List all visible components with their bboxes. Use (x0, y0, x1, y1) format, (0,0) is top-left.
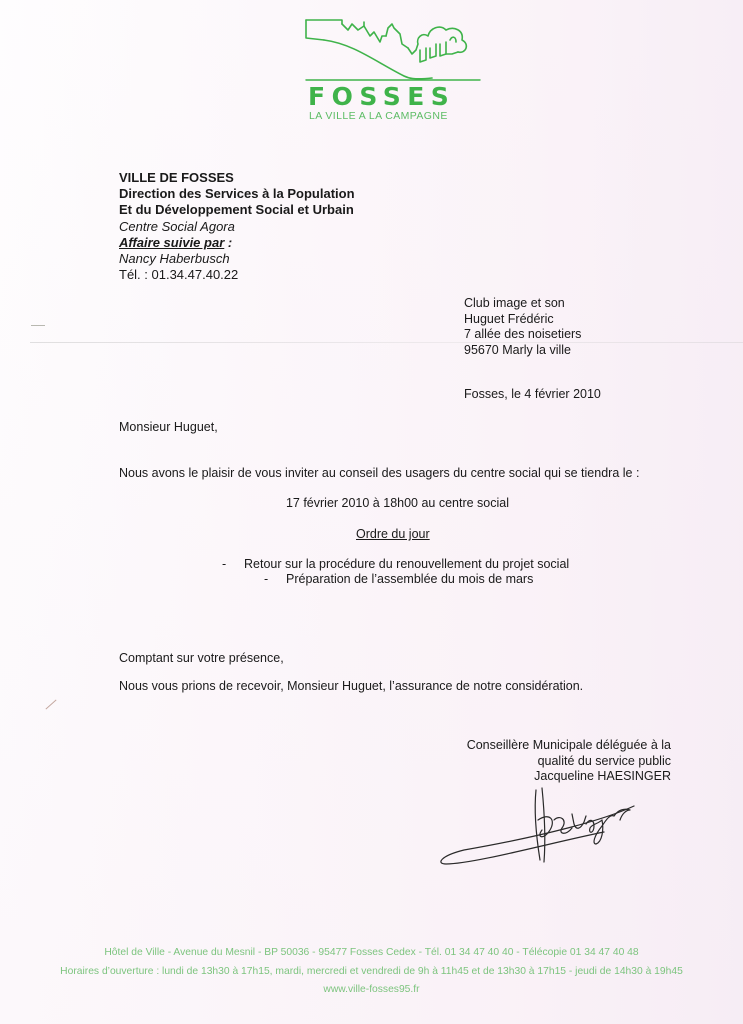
followed-by-text: Affaire suivie par (119, 235, 224, 250)
contact-phone: Tél. : 01.34.47.40.22 (119, 267, 355, 283)
contact-name: Nancy Haberbusch (119, 251, 355, 267)
footer-address: Hôtel de Ville - Avenue du Mesnil - BP 5… (0, 944, 743, 963)
agenda-item-text: Préparation de l’assemblée du mois de ma… (286, 572, 533, 586)
followed-by-colon: : (224, 235, 232, 250)
signatory-title-line1: Conseillère Municipale déléguée à la (467, 738, 671, 754)
footer-hours: Horaires d’ouverture : lundi de 13h30 à … (0, 963, 743, 982)
town-skyline-icon (304, 14, 484, 86)
signatory-block: Conseillère Municipale déléguée à la qua… (467, 738, 671, 785)
closing-line-2: Nous vous prions de recevoir, Monsieur H… (119, 679, 583, 693)
letter-date: Fosses, le 4 février 2010 (464, 387, 601, 401)
city-logo: FOSSES LA VILLE A LA CAMPAGNE (304, 14, 484, 114)
logo-tagline: LA VILLE A LA CAMPAGNE (309, 110, 485, 122)
fold-line (30, 342, 743, 343)
recipient-address: Club image et son Huguet Frédéric 7 allé… (464, 296, 581, 358)
bullet-dash: - (222, 557, 244, 571)
footer: Hôtel de Ville - Avenue du Mesnil - BP 5… (0, 944, 743, 1000)
signatory-title-line2: qualité du service public (467, 754, 671, 770)
sender-department-line1: Direction des Services à la Population (119, 186, 355, 202)
agenda-title: Ordre du jour (356, 527, 430, 541)
salutation: Monsieur Huguet, (119, 420, 218, 434)
sender-service: Centre Social Agora (119, 219, 355, 235)
recipient-line: Club image et son (464, 296, 581, 312)
footer-website[interactable]: www.ville-fosses95.fr (0, 981, 743, 1000)
recipient-line: 95670 Marly la ville (464, 343, 581, 359)
sender-department-line2: Et du Développement Social et Urbain (119, 202, 355, 218)
meeting-details: 17 février 2010 à 18h00 au centre social (0, 496, 743, 510)
followed-by-label: Affaire suivie par : (119, 235, 355, 251)
sender-organization: VILLE DE FOSSES (119, 170, 355, 186)
handwritten-signature (434, 780, 644, 877)
agenda-item: -Retour sur la procédure du renouvelleme… (222, 557, 569, 571)
invitation-paragraph: Nous avons le plaisir de vous inviter au… (119, 465, 674, 481)
sender-block: VILLE DE FOSSES Direction des Services à… (119, 170, 355, 283)
logo-name: FOSSES (308, 84, 484, 110)
closing-line-1: Comptant sur votre présence, (119, 651, 284, 665)
fold-mark (31, 325, 45, 326)
bullet-dash: - (264, 572, 286, 586)
agenda-item: -Préparation de l’assemblée du mois de m… (264, 572, 533, 586)
recipient-line: Huguet Frédéric (464, 312, 581, 328)
recipient-line: 7 allée des noisetiers (464, 327, 581, 343)
agenda-item-text: Retour sur la procédure du renouvellemen… (244, 557, 569, 571)
signature-icon (434, 780, 644, 872)
